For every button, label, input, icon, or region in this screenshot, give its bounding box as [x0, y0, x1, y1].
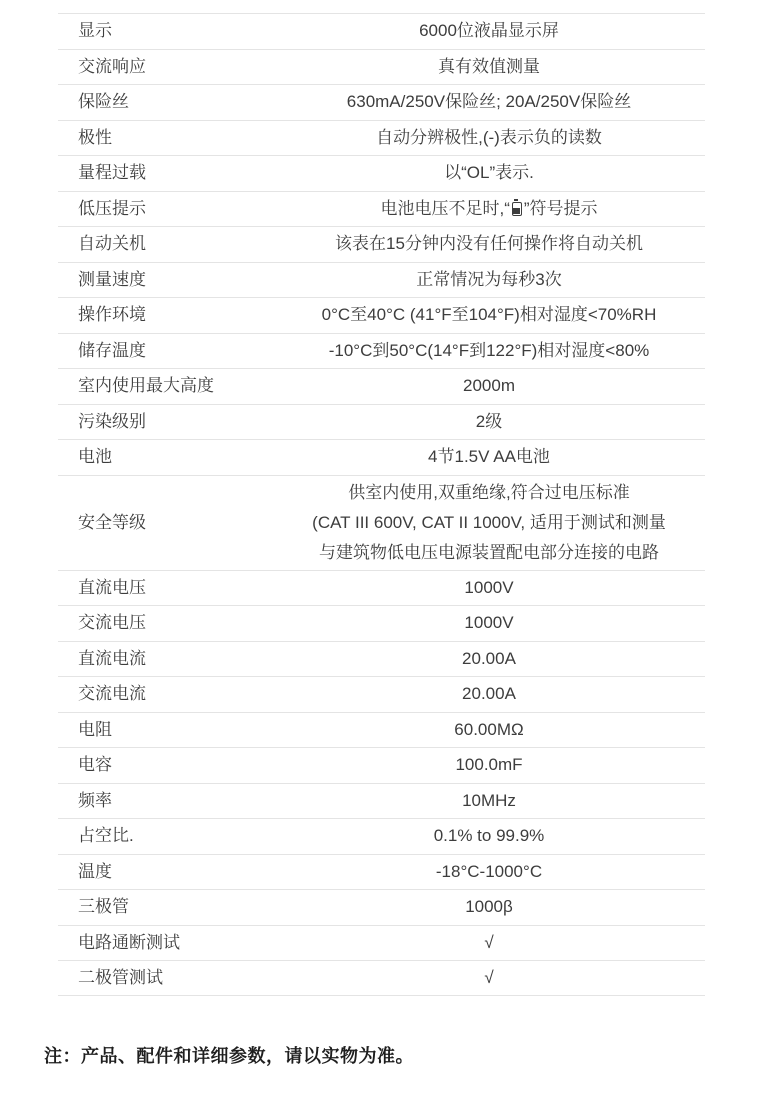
spec-row: 电容100.0mF: [58, 747, 705, 783]
spec-label: 测量速度: [58, 269, 273, 291]
spec-row: 三极管1000β: [58, 889, 705, 925]
spec-label: 电容: [58, 754, 273, 776]
battery-low-icon: [512, 202, 522, 216]
spec-value: 100.0mF: [273, 748, 705, 782]
spec-value: 20.00A: [273, 642, 705, 676]
spec-label: 交流电流: [58, 683, 273, 705]
spec-row: 温度-18°C-1000°C: [58, 854, 705, 890]
spec-row: 占空比.0.1% to 99.9%: [58, 818, 705, 854]
spec-label: 污染级别: [58, 411, 273, 433]
spec-value: √: [273, 926, 705, 960]
spec-row: 保险丝630mA/250V保险丝; 20A/250V保险丝: [58, 84, 705, 120]
spec-row: 测量速度正常情况为每秒3次: [58, 262, 705, 298]
spec-label: 室内使用最大高度: [58, 375, 273, 397]
spec-label: 电阻: [58, 719, 273, 741]
spec-value: 2000m: [273, 369, 705, 403]
spec-row: 电阻60.00MΩ: [58, 712, 705, 748]
spec-row: 量程过载以“OL”表示.: [58, 155, 705, 191]
spec-label: 保险丝: [58, 91, 273, 113]
spec-value: 该表在15分钟内没有任何操作将自动关机: [273, 227, 705, 261]
spec-value: √: [273, 961, 705, 995]
spec-label: 直流电压: [58, 577, 273, 599]
spec-row: 交流电压1000V: [58, 605, 705, 641]
spec-value: 真有效值测量: [273, 50, 705, 84]
spec-label: 电路通断测试: [58, 932, 273, 954]
spec-value: -18°C-1000°C: [273, 855, 705, 889]
spec-label: 储存温度: [58, 340, 273, 362]
spec-value: 2级: [273, 405, 705, 439]
spec-label: 占空比.: [58, 825, 273, 847]
spec-row: 自动关机该表在15分钟内没有任何操作将自动关机: [58, 226, 705, 262]
spec-value: 4节1.5V AA电池: [273, 440, 705, 474]
spec-row: 电池4节1.5V AA电池: [58, 439, 705, 475]
spec-row: 操作环境0°C至40°C (41°F至104°F)相对湿度<70%RH: [58, 297, 705, 333]
spec-value: 630mA/250V保险丝; 20A/250V保险丝: [273, 85, 705, 119]
spec-label: 交流响应: [58, 56, 273, 78]
spec-label: 三极管: [58, 896, 273, 918]
spec-row: 电路通断测试√: [58, 925, 705, 961]
spec-value: 1000V: [273, 571, 705, 605]
spec-row: 显示6000位液晶显示屏: [58, 13, 705, 49]
spec-label: 电池: [58, 446, 273, 468]
spec-label: 显示: [58, 20, 273, 42]
spec-row: 直流电压1000V: [58, 570, 705, 606]
footer-note: 注：产品、配件和详细参数，请以实物为准。: [44, 1042, 414, 1068]
spec-value: -10°C到50°C(14°F到122°F)相对湿度<80%: [273, 334, 705, 368]
spec-value: 20.00A: [273, 677, 705, 711]
spec-value: 1000V: [273, 606, 705, 640]
spec-value: 正常情况为每秒3次: [273, 263, 705, 297]
spec-value: 60.00MΩ: [273, 713, 705, 747]
spec-value-text: 电池电压不足时,“: [380, 199, 509, 218]
spec-row: 直流电流20.00A: [58, 641, 705, 677]
spec-row: 低压提示电池电压不足时,“”符号提示: [58, 191, 705, 227]
spec-row: 安全等级供室内使用,双重绝缘,符合过电压标准 (CAT III 600V, CA…: [58, 475, 705, 570]
spec-label: 二极管测试: [58, 967, 273, 989]
spec-label: 量程过载: [58, 162, 273, 184]
spec-table: 显示6000位液晶显示屏交流响应真有效值测量保险丝630mA/250V保险丝; …: [58, 13, 705, 996]
spec-label: 频率: [58, 790, 273, 812]
spec-value: 供室内使用,双重绝缘,符合过电压标准 (CAT III 600V, CAT II…: [273, 476, 705, 570]
spec-value: 6000位液晶显示屏: [273, 14, 705, 48]
spec-label: 直流电流: [58, 648, 273, 670]
spec-row: 交流响应真有效值测量: [58, 49, 705, 85]
spec-value-text: ”符号提示: [524, 199, 598, 218]
spec-label: 温度: [58, 861, 273, 883]
spec-value: 10MHz: [273, 784, 705, 818]
spec-row: 储存温度-10°C到50°C(14°F到122°F)相对湿度<80%: [58, 333, 705, 369]
spec-value: 0°C至40°C (41°F至104°F)相对湿度<70%RH: [273, 298, 705, 332]
spec-value: 电池电压不足时,“”符号提示: [273, 192, 705, 226]
spec-row: 二极管测试√: [58, 960, 705, 996]
spec-value: 自动分辨极性,(-)表示负的读数: [273, 121, 705, 155]
spec-row: 污染级别2级: [58, 404, 705, 440]
spec-row: 交流电流20.00A: [58, 676, 705, 712]
spec-row: 频率10MHz: [58, 783, 705, 819]
spec-row: 室内使用最大高度2000m: [58, 368, 705, 404]
spec-row: 极性自动分辨极性,(-)表示负的读数: [58, 120, 705, 156]
spec-value: 1000β: [273, 890, 705, 924]
spec-label: 低压提示: [58, 198, 273, 220]
spec-label: 交流电压: [58, 612, 273, 634]
spec-label: 极性: [58, 127, 273, 149]
spec-label: 自动关机: [58, 233, 273, 255]
spec-value: 以“OL”表示.: [273, 156, 705, 190]
spec-value: 0.1% to 99.9%: [273, 819, 705, 853]
spec-label: 安全等级: [58, 512, 273, 534]
spec-label: 操作环境: [58, 304, 273, 326]
